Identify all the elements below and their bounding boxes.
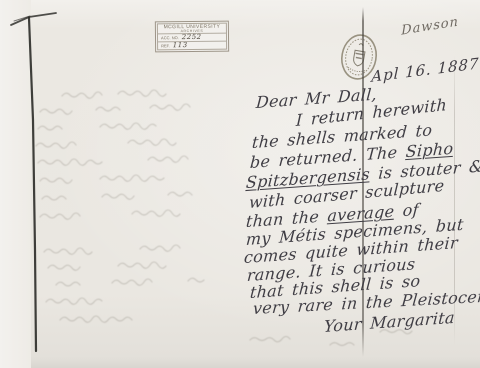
ref-number: 113: [173, 42, 188, 49]
archive-stamp: MCGILL UNIVERSITY ARCHIVES ACC. NO. 2252…: [155, 21, 229, 53]
ref-label: REF.: [161, 42, 170, 49]
accession-number: 2252: [182, 34, 202, 41]
archive-stamp-ref-row: REF. 113: [158, 42, 226, 50]
archive-stamp-box: MCGILL UNIVERSITY ARCHIVES ACC. NO. 2252…: [157, 23, 227, 51]
letter-scan-page: MCGILL UNIVERSITY ARCHIVES ACC. NO. 2252…: [0, 0, 480, 368]
